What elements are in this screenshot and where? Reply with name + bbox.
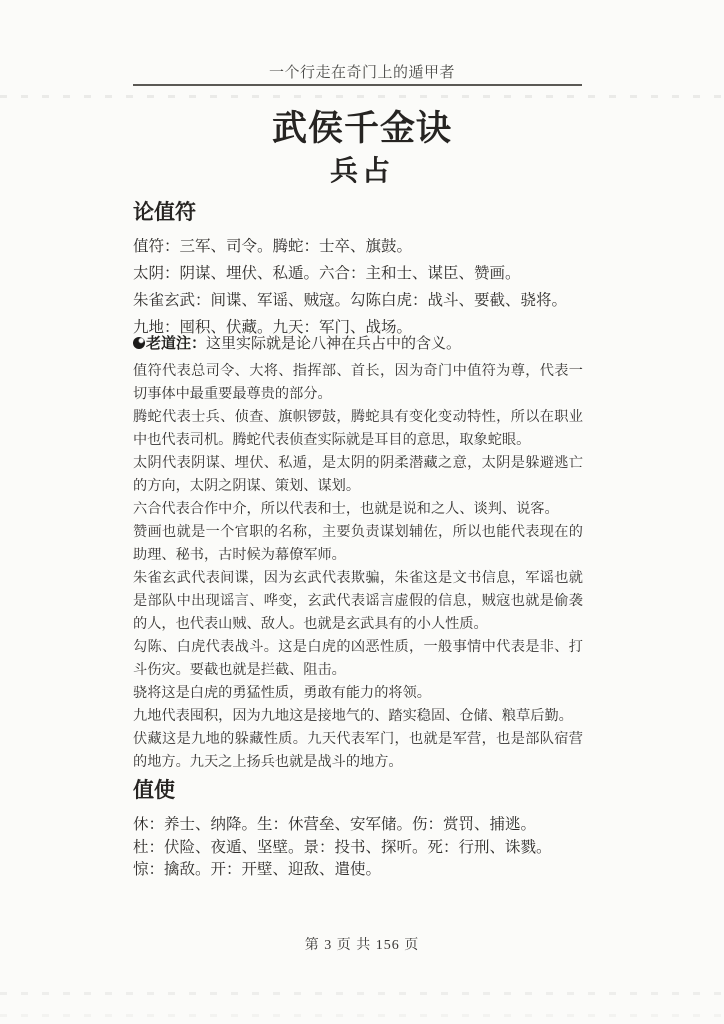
laodao-note: 老道注：这里实际就是论八神在兵占中的含义。	[133, 334, 603, 354]
header-rule-divider	[133, 84, 582, 86]
note-text: 这里实际就是论八神在兵占中的含义。	[206, 336, 461, 352]
scanned-document-page: 一个行走在奇门上的遁甲者 武侯千金诀 兵占 论值符 值符：三军、司令。腾蛇：士卒…	[0, 0, 724, 1024]
zhishi-line: 杜：伏险、夜遁、坚壁。景：投书、探听。死：行刑、诛戮。	[133, 837, 603, 860]
body-paragraphs: 值符代表总司令、大将、指挥部、首长，因为奇门中值符为尊，代表一切事体中最重要最尊…	[133, 360, 583, 774]
note-label: 老道注：	[146, 336, 206, 352]
zhifu-symbol-list: 值符：三军、司令。腾蛇：士卒、旗鼓。 太阴：阴谋、埋伏、私遁。六合：主和士、谋臣…	[133, 233, 593, 341]
zhifu-line: 值符：三军、司令。腾蛇：士卒、旗鼓。	[133, 233, 593, 260]
body-paragraph: 骁将这是白虎的勇猛性质，勇敢有能力的将领。	[133, 682, 583, 705]
body-paragraph: 值符代表总司令、大将、指挥部、首长，因为奇门中值符为尊，代表一切事体中最重要最尊…	[133, 360, 583, 406]
body-paragraph: 六合代表合作中介，所以代表和士，也就是说和之人、谈判、说客。	[133, 498, 583, 521]
body-paragraph: 腾蛇代表士兵、侦查、旗帜锣鼓，腾蛇具有变化变动特性，所以在职业中也代表司机。腾蛇…	[133, 406, 583, 452]
section-heading-lun-zhifu: 论值符	[133, 196, 196, 226]
zhishi-line: 惊：擒敌。开：开壁、迎敌、遣使。	[133, 859, 603, 882]
body-paragraph: 勾陈、白虎代表战斗。这是白虎的凶恶性质，一般事情中代表是非、打斗伤灾。要截也就是…	[133, 636, 583, 682]
scan-noise-band	[0, 1014, 724, 1017]
zhishi-line: 休：养士、纳降。生：休营垒、安军储。伤：赏罚、捕逃。	[133, 814, 603, 837]
scan-noise-band	[0, 992, 724, 995]
scan-noise-band	[0, 95, 724, 98]
body-paragraph: 九地代表囤积，因为九地这是接地气的、踏实稳固、仓储、粮草后勤。	[133, 705, 583, 728]
document-title: 武侯千金诀	[0, 101, 724, 151]
note-bullet-icon	[133, 337, 145, 349]
zhifu-line: 太阴：阴谋、埋伏、私遁。六合：主和士、谋臣、赞画。	[133, 260, 593, 287]
body-paragraph: 伏藏这是九地的躲藏性质。九天代表军门，也就是军营，也是部队宿营的地方。九天之上扬…	[133, 728, 583, 774]
running-header: 一个行走在奇门上的遁甲者	[0, 61, 724, 82]
section-heading-zhishi: 值使	[133, 774, 175, 804]
body-paragraph: 赞画也就是一个官职的名称，主要负责谋划辅佐，所以也能代表现在的助理、秘书，古时候…	[133, 521, 583, 567]
zhifu-line: 朱雀玄武：间谍、军谣、贼寇。勾陈白虎：战斗、要截、骁将。	[133, 287, 593, 314]
body-paragraph: 朱雀玄武代表间谍，因为玄武代表欺骗，朱雀这是文书信息，军谣也就是部队中出现谣言、…	[133, 567, 583, 636]
body-paragraph: 太阴代表阴谋、埋伏、私遁，是太阴的阴柔潜藏之意，太阴是躲避逃亡的方向，太阴之阴谋…	[133, 452, 583, 498]
document-subtitle: 兵占	[0, 149, 724, 189]
page-number-footer: 第 3 页 共 156 页	[0, 934, 724, 954]
zhishi-gate-list: 休：养士、纳降。生：休营垒、安军储。伤：赏罚、捕逃。 杜：伏险、夜遁、坚壁。景：…	[133, 814, 603, 882]
